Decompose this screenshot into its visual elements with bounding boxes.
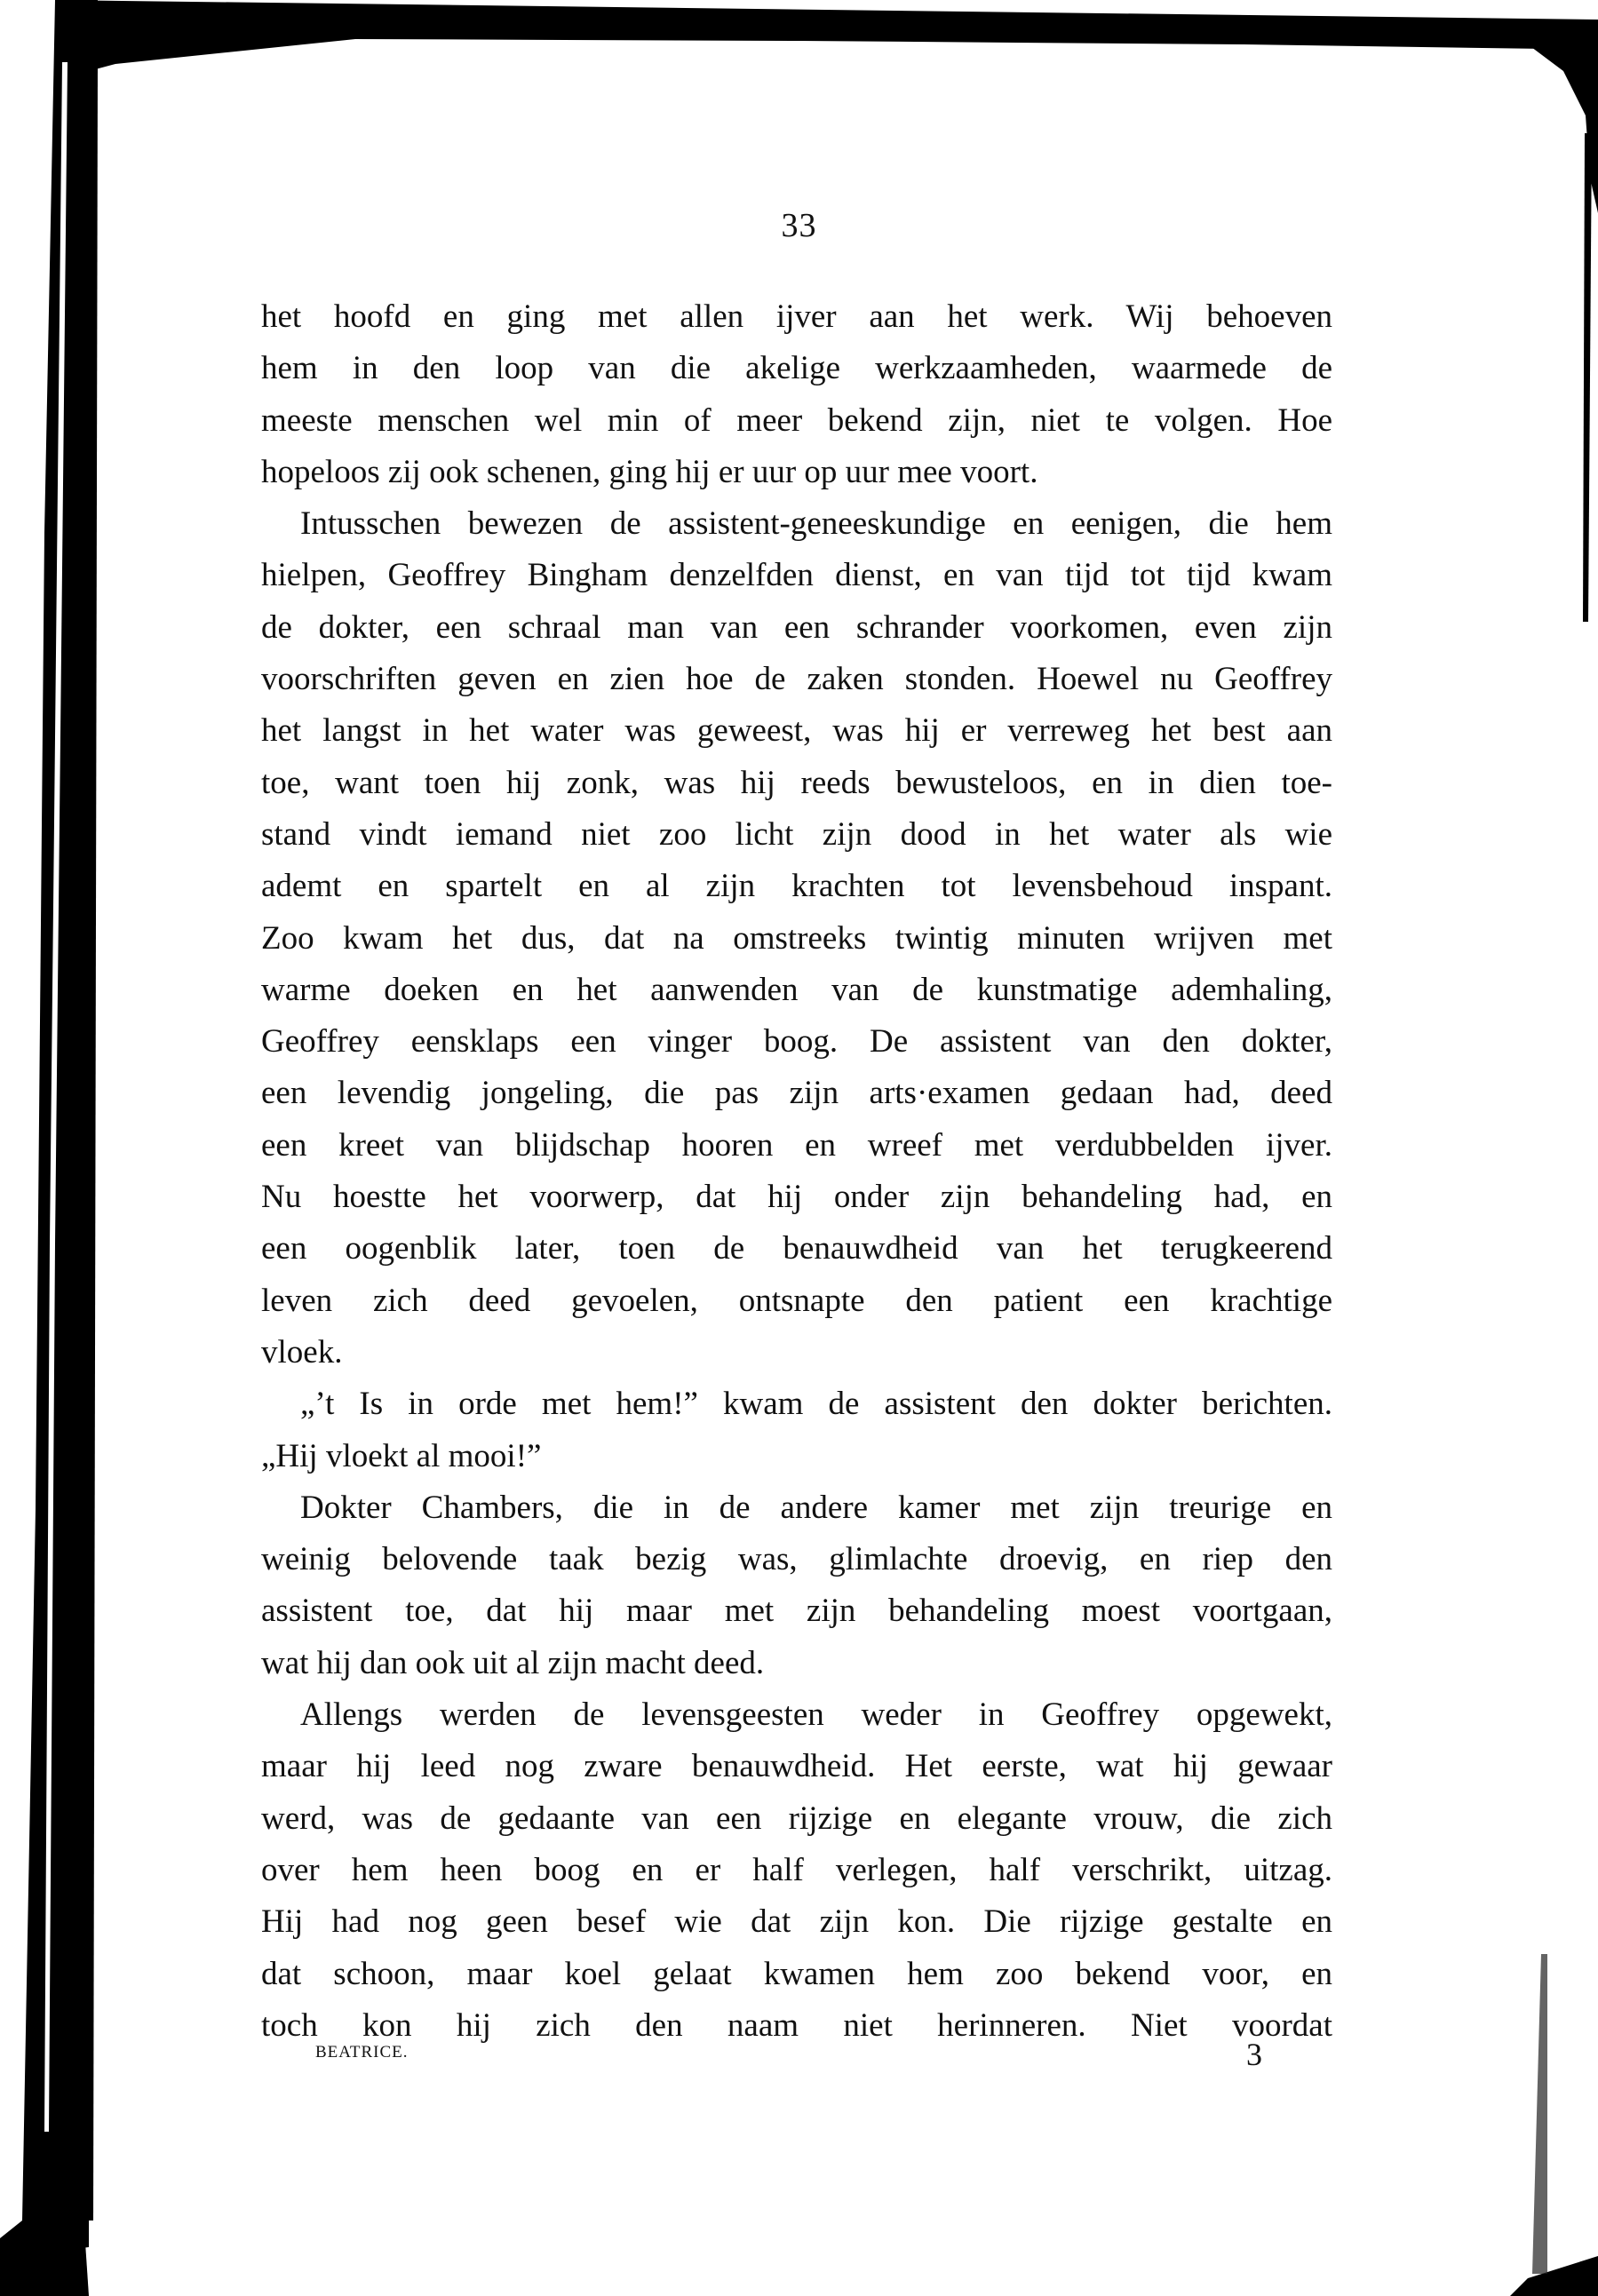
text-line: maar hij leed nog zware benauwdheid. Het…: [261, 1741, 1332, 1792]
text-line: toe, want toen hij zonk, was hij reeds b…: [261, 758, 1332, 809]
text-line: Intusschen bewezen de assistent-geneesku…: [261, 498, 1332, 550]
text-line: dat schoon, maar koel gelaat kwamen hem …: [261, 1949, 1332, 2000]
page-number: 33: [0, 206, 1598, 245]
text-line: toch kon hij zich den naam niet herinner…: [261, 2000, 1332, 2052]
signature-number: 3: [1246, 2036, 1262, 2073]
text-line: warme doeken en het aanwenden van de kun…: [261, 965, 1332, 1016]
text-line: hopeloos zij ook schenen, ging hij er uu…: [261, 447, 1332, 498]
text-line: Allengs werden de levensgeesten weder in…: [261, 1689, 1332, 1741]
text-line: Geoffrey eensklaps een vinger boog. De a…: [261, 1016, 1332, 1068]
text-line: assistent toe, dat hij maar met zijn beh…: [261, 1585, 1332, 1637]
text-line: weinig belovende taak bezig was, glimlac…: [261, 1534, 1332, 1585]
text-line: hem in den loop van die akelige werkzaam…: [261, 343, 1332, 394]
text-line: een kreet van blijdschap hooren en wreef…: [261, 1120, 1332, 1172]
text-line: „Hij vloekt al mooi!”: [261, 1431, 1332, 1482]
signature-title: BEATRICE.: [315, 2043, 409, 2062]
text-line: Hij had nog geen besef wie dat zijn kon.…: [261, 1896, 1332, 1948]
text-line: Zoo kwam het dus, dat na omstreeks twint…: [261, 913, 1332, 965]
text-line: het hoofd en ging met allen ijver aan he…: [261, 291, 1332, 343]
text-line: ademt en spartelt en al zijn krachten to…: [261, 861, 1332, 912]
text-line: werd, was de gedaante van een rijzige en…: [261, 1793, 1332, 1845]
text-line: de dokter, een schraal man van een schra…: [261, 602, 1332, 654]
text-line: Nu hoestte het voorwerp, dat hij onder z…: [261, 1172, 1332, 1223]
text-line: meeste menschen wel min of meer bekend z…: [261, 395, 1332, 447]
text-line: „’t Is in orde met hem!” kwam de assiste…: [261, 1378, 1332, 1430]
text-line: leven zich deed gevoelen, ontsnapte den …: [261, 1275, 1332, 1327]
text-line: hielpen, Geoffrey Bingham denzelfden die…: [261, 550, 1332, 601]
text-line: wat hij dan ook uit al zijn macht deed.: [261, 1638, 1332, 1689]
text-line: vloek.: [261, 1327, 1332, 1378]
text-line: het langst in het water was geweest, was…: [261, 705, 1332, 757]
text-line: een oogenblik later, toen de benauwdheid…: [261, 1223, 1332, 1275]
body-text: het hoofd en ging met allen ijver aan he…: [261, 291, 1332, 2052]
text-line: voorschriften geven en zien hoe de zaken…: [261, 654, 1332, 705]
text-line: stand vindt iemand niet zoo licht zijn d…: [261, 809, 1332, 861]
text-line: over hem heen boog en er half verlegen, …: [261, 1845, 1332, 1896]
text-line: een levendig jongeling, die pas zijn art…: [261, 1068, 1332, 1119]
text-line: Dokter Chambers, die in de andere kamer …: [261, 1482, 1332, 1534]
